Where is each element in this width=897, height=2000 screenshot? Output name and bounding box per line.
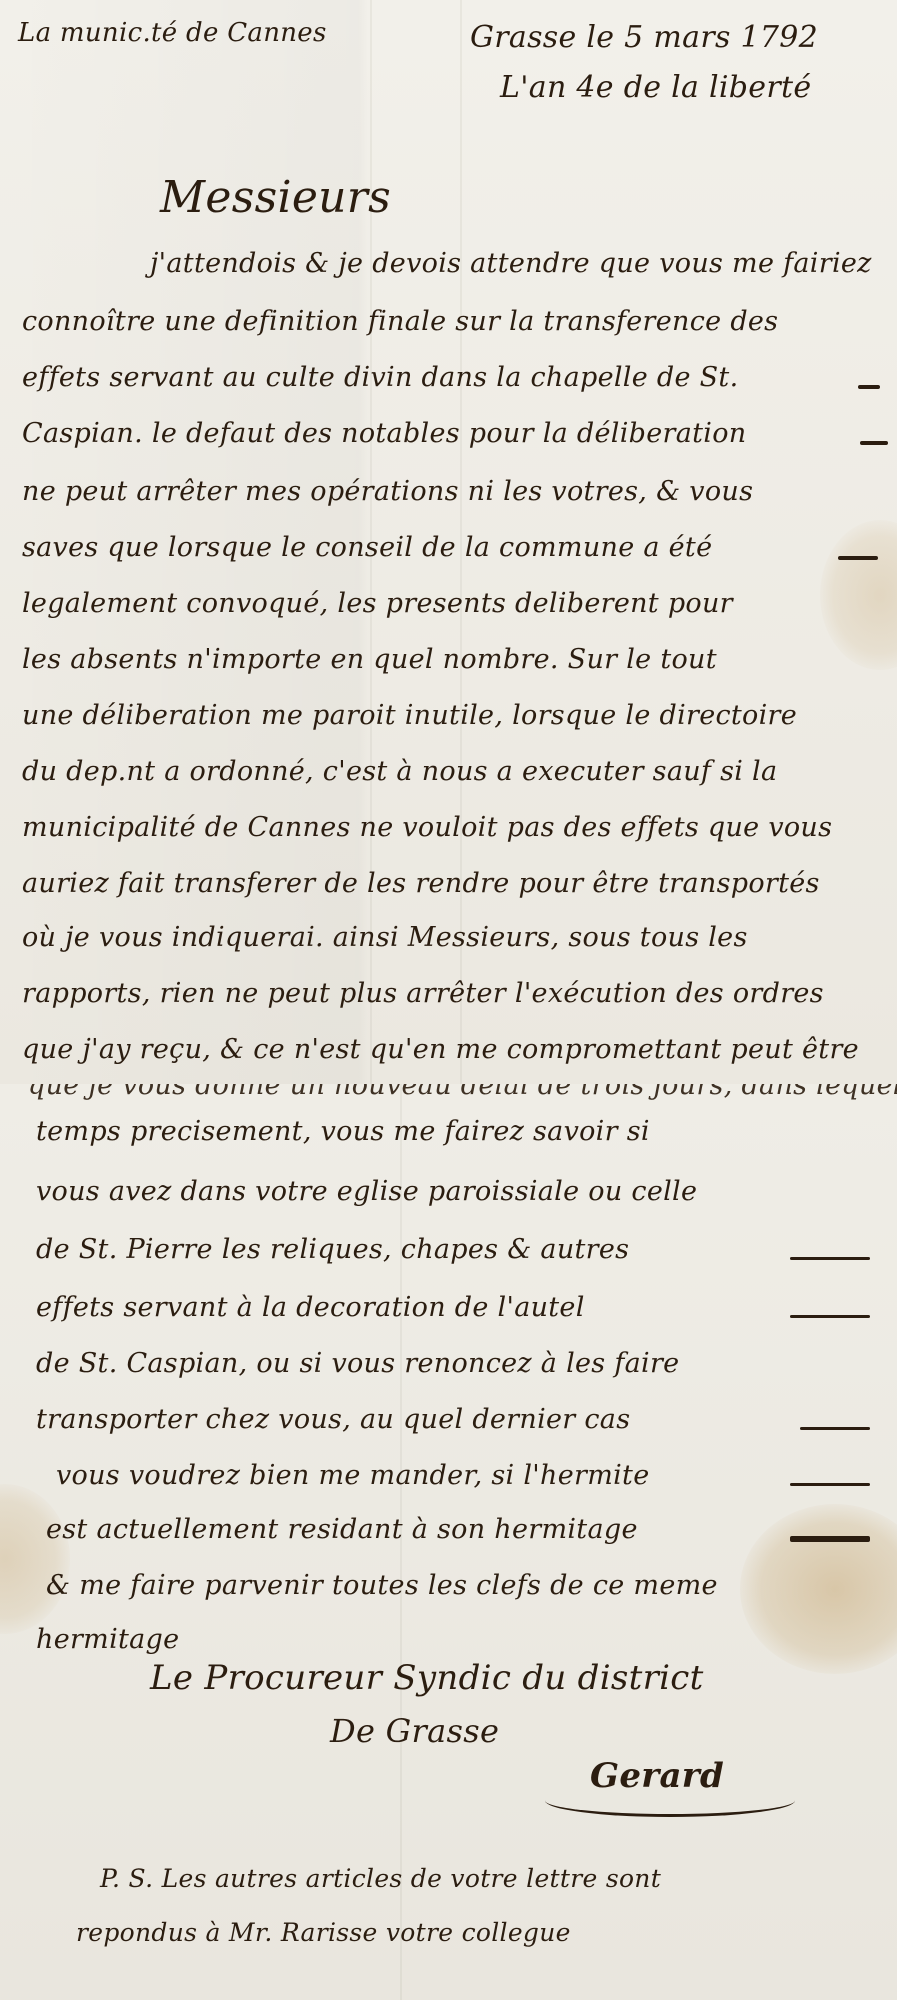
letter-line: de St. Caspian, ou si vous renoncez à le… xyxy=(36,1348,679,1379)
paper-stain xyxy=(820,520,897,670)
letter-line: les absents n'importe en quel nombre. Su… xyxy=(22,644,717,675)
letter-line: saves que lorsque le conseil de la commu… xyxy=(22,532,712,563)
letter-page-2: que je vous donne un nouveau delai de tr… xyxy=(0,1084,897,2000)
letter-page-1: La munic.té de Cannes Grasse le 5 mars 1… xyxy=(0,0,897,1084)
line-filler-dash xyxy=(858,385,880,389)
letter-line: effets servant à la decoration de l'aute… xyxy=(36,1292,585,1323)
letter-line: effets servant au culte divin dans la ch… xyxy=(22,362,738,393)
paper-stain xyxy=(740,1504,897,1674)
closing-title-line-1: Le Procureur Syndic du district xyxy=(150,1658,704,1698)
paper-stain xyxy=(0,1484,70,1634)
letter-line: temps precisement, vous me fairez savoir… xyxy=(36,1116,650,1147)
salutation: Messieurs xyxy=(160,172,391,223)
signature-flourish xyxy=(545,1784,795,1817)
letter-line: est actuellement residant à son hermitag… xyxy=(46,1514,638,1545)
letter-line: hermitage xyxy=(36,1624,179,1655)
letter-line: une déliberation me paroit inutile, lors… xyxy=(22,700,797,731)
recipient-header: La munic.té de Cannes xyxy=(18,18,327,48)
letter-line: auriez fait transferer de les rendre pou… xyxy=(22,868,820,899)
postscript-line-2: repondus à Mr. Rarisse votre collegue xyxy=(76,1918,571,1947)
letter-line: rapports, rien ne peut plus arrêter l'ex… xyxy=(22,978,824,1009)
letter-line: du dep.nt a ordonné, c'est à nous a exec… xyxy=(22,756,777,787)
revolutionary-era-date: L'an 4e de la liberté xyxy=(500,70,811,105)
letter-line: & me faire parvenir toutes les clefs de … xyxy=(46,1570,718,1601)
letter-line: vous avez dans votre eglise paroissiale … xyxy=(36,1176,697,1207)
letter-line: transporter chez vous, au quel dernier c… xyxy=(36,1404,630,1435)
letter-line: Caspian. le defaut des notables pour la … xyxy=(22,418,746,449)
letter-line: legalement convoqué, les presents delibe… xyxy=(22,588,733,619)
line-filler-dash xyxy=(860,441,888,445)
line-filler-dash xyxy=(790,1536,870,1542)
letter-line: vous voudrez bien me mander, si l'hermit… xyxy=(56,1460,649,1491)
letter-line: où je vous indiquerai. ainsi Messieurs, … xyxy=(22,922,748,953)
postscript-line-1: P. S. Les autres articles de votre lettr… xyxy=(100,1864,661,1893)
letter-line: j'attendois & je devois attendre que vou… xyxy=(150,248,872,279)
letter-line: que je vous donne un nouveau delai de tr… xyxy=(28,1084,897,1101)
line-filler-dash xyxy=(790,1483,870,1486)
letter-line: de St. Pierre les reliques, chapes & aut… xyxy=(36,1234,629,1265)
line-filler-dash xyxy=(800,1427,870,1430)
letter-line: ne peut arrêter mes opérations ni les vo… xyxy=(22,476,753,507)
place-date: Grasse le 5 mars 1792 xyxy=(470,20,818,55)
line-filler-dash xyxy=(790,1315,870,1318)
letter-line: que j'ay reçu, & ce n'est qu'en me compr… xyxy=(22,1034,859,1065)
letter-line: municipalité de Cannes ne vouloit pas de… xyxy=(22,812,832,843)
line-filler-dash xyxy=(790,1257,870,1260)
line-filler-dash xyxy=(838,556,878,560)
letter-line: connoître une definition finale sur la t… xyxy=(22,306,778,337)
closing-title-line-2: De Grasse xyxy=(330,1712,499,1750)
